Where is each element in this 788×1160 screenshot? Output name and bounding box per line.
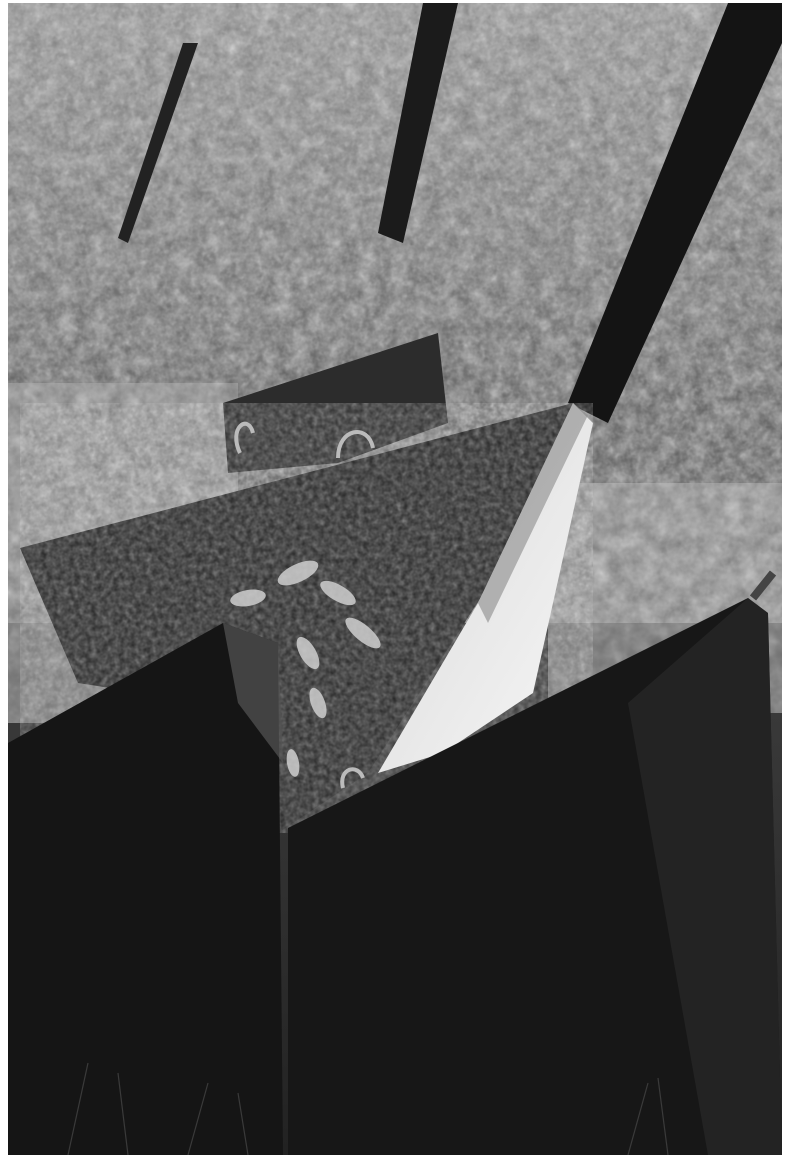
photograph <box>8 3 782 1155</box>
photo-scene <box>8 3 782 1155</box>
